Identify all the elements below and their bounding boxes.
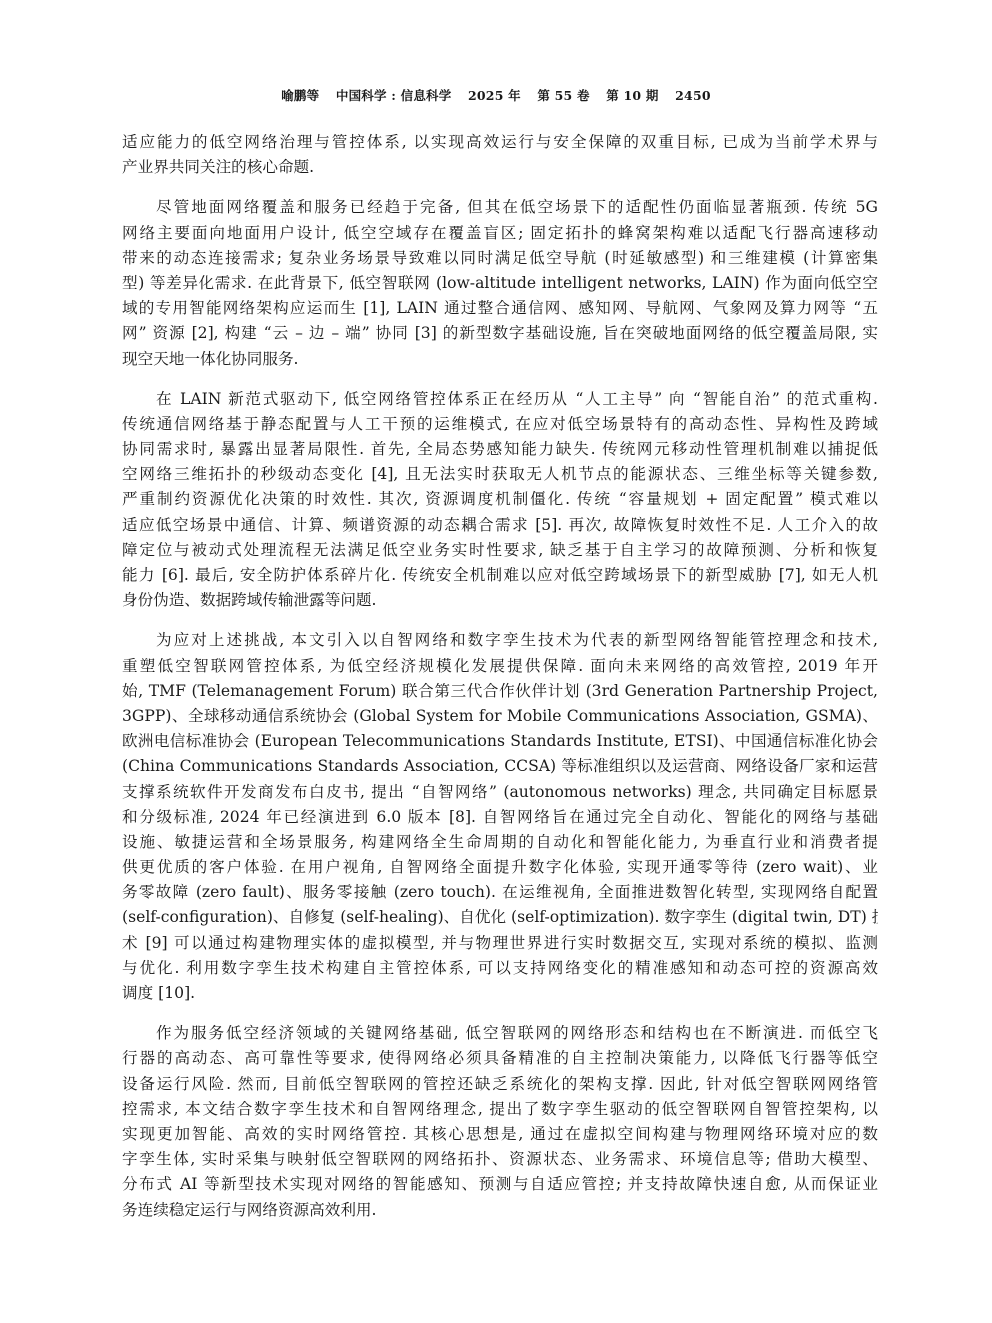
text-line: 与优化. 利用数字孪生技术构建自主管控体系, 可以支持网络变化的精准感知和动态可… [122,956,878,981]
text-line: 带来的动态连接需求; 复杂业务场景导致难以同时满足低空导航 (时延敏感型) 和三… [122,246,878,271]
text-line: 供更优质的客户体验. 在用户视角, 自智网络全面提升数字化体验, 实现开通零等待… [122,855,878,880]
text-line: 传统通信网络基于静态配置与人工干预的运维模式, 在应对低空场景特有的高动态性、异… [122,412,878,437]
header-authors: 喻鹏等 [281,88,319,103]
text-line: 型) 等差异化需求. 在此背景下, 低空智联网 (low-altitude in… [122,271,878,296]
text-line: 空网络三维拓扑的秒级动态变化 [4], 且无法实时获取无人机节点的能源状态、三维… [122,462,878,487]
header-year: 2025 年 [468,88,521,103]
text-line: 适应能力的低空网络治理与管控体系, 以实现高效运行与安全保障的双重目标, 已成为… [122,130,878,155]
text-line: 和分级标准, 2024 年已经演进到 6.0 版本 [8]. 自智网络旨在通过完… [122,805,878,830]
text-line: 分布式 AI 等新型技术实现对网络的智能感知、预测与自适应管控; 并支持故障快速… [122,1172,878,1197]
text-line: 重塑低空智联网管控体系, 为低空经济规模化发展提供保障. 面向未来网络的高效管控… [122,654,878,679]
text-line: 始, TMF (Telemanagement Forum) 联合第三代合作伙伴计… [122,679,878,704]
text-line: 设施、敏捷运营和全场景服务, 构建网络全生命周期的自动化和智能化能力, 为垂直行… [122,830,878,855]
text-line: 产业界共同关注的核心命题. [122,155,878,180]
text-line: 务连续稳定运行与网络资源高效利用. [122,1198,878,1223]
text-line: 障定位与被动式处理流程无法满足低空业务实时性要求, 缺乏基于自主学习的故障预测、… [122,538,878,563]
text-line: 为应对上述挑战, 本文引入以自智网络和数字孪生技术为代表的新型网络智能管控理念和… [122,628,878,653]
text-line: 网” 资源 [2], 构建 “云 – 边 – 端” 协同 [3] 的新型数字基础… [122,321,878,346]
text-line: 域的专用智能网络架构应运而生 [1], LAIN 通过整合通信网、感知网、导航网… [122,296,878,321]
text-line: 务零故障 (zero fault)、服务零接触 (zero touch). 在运… [122,880,878,905]
text-line: 能力 [6]. 最后, 安全防护体系碎片化. 传统安全机制难以应对低空跨域场景下… [122,563,878,588]
text-line: (China Communications Standards Associat… [122,754,878,779]
paragraph: 适应能力的低空网络治理与管控体系, 以实现高效运行与安全保障的双重目标, 已成为… [122,130,878,180]
text-line: 现空天地一体化协同服务. [122,347,878,372]
text-line: 控需求, 本文结合数字孪生技术和自智网络理念, 提出了数字孪生驱动的低空智联网自… [122,1097,878,1122]
text-line: 调度 [10]. [122,981,878,1006]
text-line: 行器的高动态、高可靠性等要求, 使得网络必须具备精准的自主控制决策能力, 以降低… [122,1046,878,1071]
text-line: 支撑系统软件开发商发布白皮书, 提出 “自智网络” (autonomous ne… [122,780,878,805]
text-line: 术 [9] 可以通过构建物理实体的虚拟模型, 并与物理世界进行实时数据交互, 实… [122,931,878,956]
header-page-number: 2450 [675,88,711,103]
body-text: 适应能力的低空网络治理与管控体系, 以实现高效运行与安全保障的双重目标, 已成为… [122,130,878,1238]
paragraph: 作为服务低空经济领域的关键网络基础, 低空智联网的网络形态和结构也在不断演进. … [122,1021,878,1223]
header-journal: 中国科学 : 信息科学 [336,88,452,103]
text-line: 协同需求时, 暴露出显著局限性. 首先, 全局态势感知能力缺失. 传统网元移动性… [122,437,878,462]
paragraph: 在 LAIN 新范式驱动下, 低空网络管控体系正在经历从 “人工主导” 向 “智… [122,387,878,614]
text-line: 实现更加智能、高效的实时网络管控. 其核心思想是, 通过在虚拟空间构建与物理网络… [122,1122,878,1147]
text-line: 欧洲电信标准协会 (European Telecommunications St… [122,729,878,754]
paragraph: 尽管地面网络覆盖和服务已经趋于完备, 但其在低空场景下的适配性仍面临显著瓶颈. … [122,195,878,371]
text-line: 作为服务低空经济领域的关键网络基础, 低空智联网的网络形态和结构也在不断演进. … [122,1021,878,1046]
text-line: 在 LAIN 新范式驱动下, 低空网络管控体系正在经历从 “人工主导” 向 “智… [122,387,878,412]
text-line: 身份伪造、数据跨域传输泄露等问题. [122,588,878,613]
text-line: 网络主要面向地面用户设计, 低空空域存在覆盖盲区; 固定拓扑的蜂窝架构难以适配飞… [122,221,878,246]
text-line: 字孪生体, 实时采集与映射低空智联网的网络拓扑、资源状态、业务需求、环境信息等;… [122,1147,878,1172]
text-line: 严重制约资源优化决策的时效性. 其次, 资源调度机制僵化. 传统 “容量规划 +… [122,487,878,512]
text-line: 3GPP)、全球移动通信系统协会 (Global System for Mobi… [122,704,878,729]
running-header: 喻鹏等 中国科学 : 信息科学 2025 年 第 55 卷 第 10 期 245… [0,86,992,104]
text-line: 适应低空场景中通信、计算、频谱资源的动态耦合需求 [5]. 再次, 故障恢复时效… [122,513,878,538]
text-line: 尽管地面网络覆盖和服务已经趋于完备, 但其在低空场景下的适配性仍面临显著瓶颈. … [122,195,878,220]
text-line: (self-configuration)、自修复 (self-healing)、… [122,905,878,930]
paragraph: 为应对上述挑战, 本文引入以自智网络和数字孪生技术为代表的新型网络智能管控理念和… [122,628,878,1006]
header-volume: 第 55 卷 [537,88,589,103]
text-line: 设备运行风险. 然而, 目前低空智联网的管控还缺乏系统化的架构支撑. 因此, 针… [122,1072,878,1097]
header-issue: 第 10 期 [606,88,658,103]
